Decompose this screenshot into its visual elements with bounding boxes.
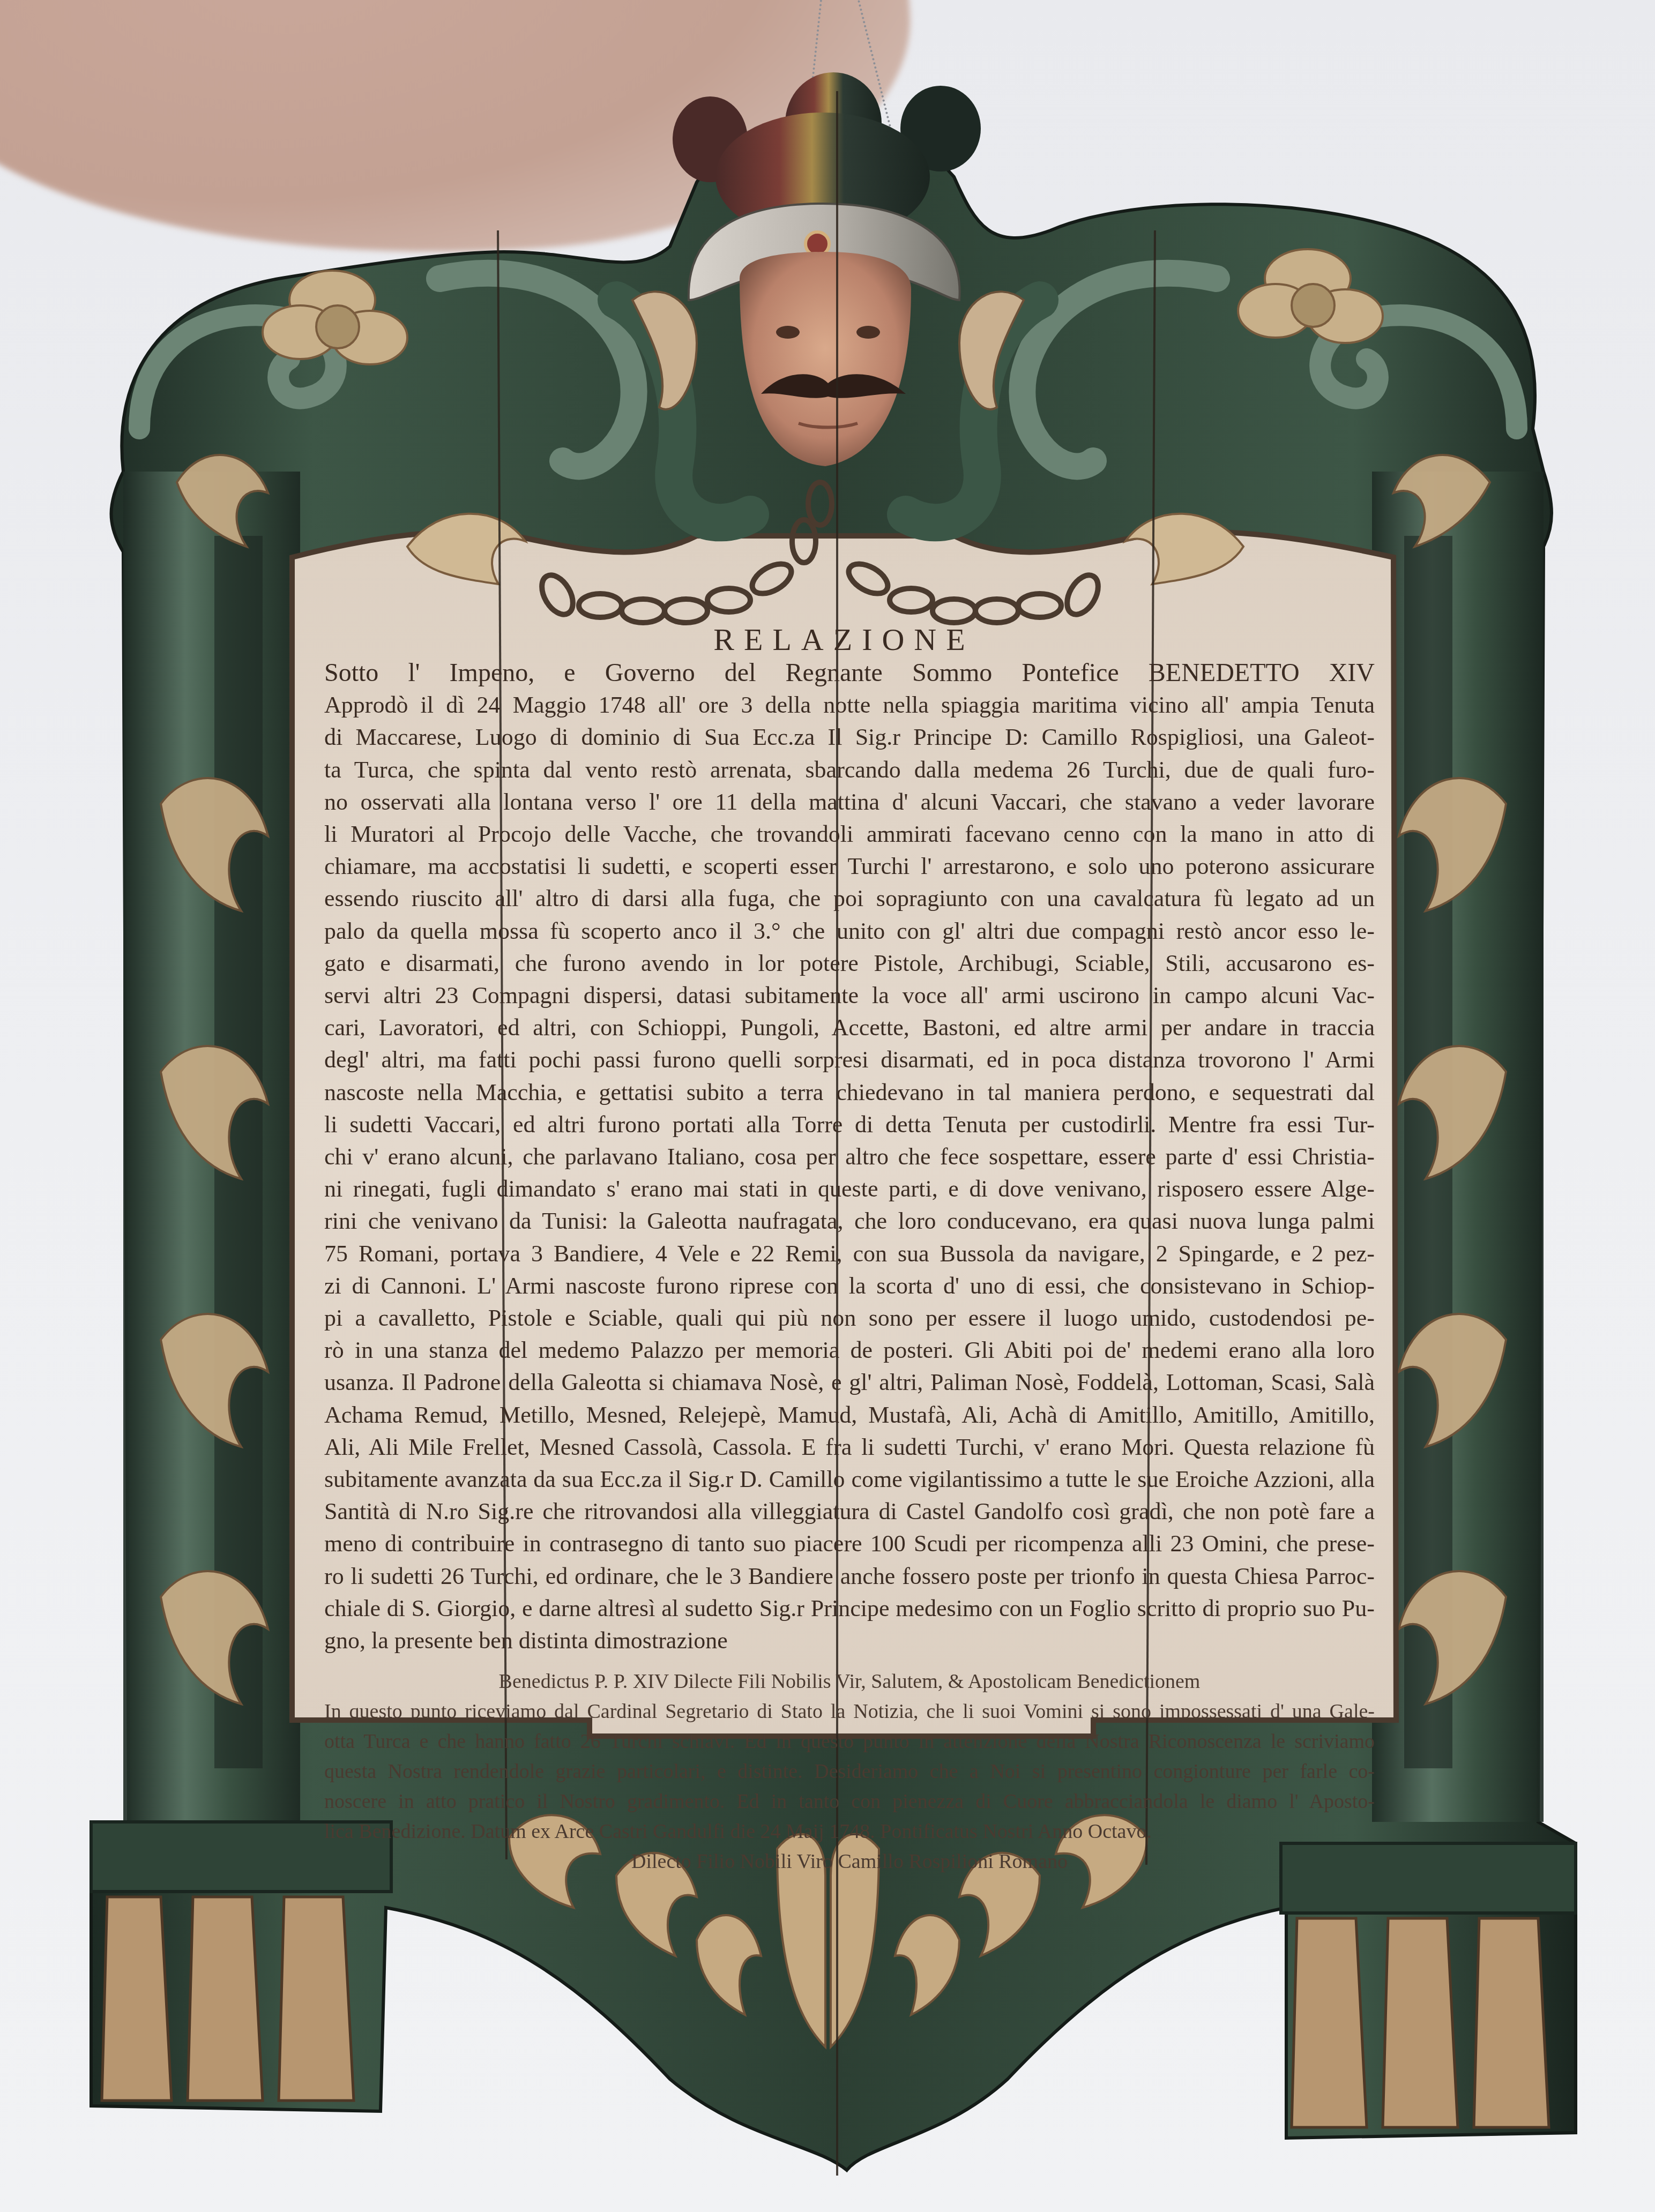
painted-wooden-plaque: RELAZIONE Sotto l' Impeno, e Governo del… bbox=[0, 0, 1655, 2212]
inscription-line: zi di Cannoni. L' Armi nascoste furono r… bbox=[324, 1270, 1375, 1302]
inscription-line: ni rinegati, fugli dimandato s' erano ma… bbox=[324, 1173, 1375, 1205]
inscription-line: palo da quella mossa fù scoperto anco il… bbox=[324, 915, 1375, 947]
inscription-line: cari, Lavoratori, ed altri, con Schioppi… bbox=[324, 1012, 1375, 1044]
inscription-line: rò in una stanza del medemo Palazzo per … bbox=[324, 1334, 1375, 1366]
inscription-line: gato e disarmati, che furono avendo in l… bbox=[324, 947, 1375, 980]
inscription-line: gno, la presente ben distinta dimostrazi… bbox=[324, 1625, 1375, 1657]
brief-line: questa Nostra rendendole grazie particol… bbox=[324, 1757, 1375, 1787]
brief-address: Dilecto Filio Nobili Viro Camillo Rospil… bbox=[324, 1847, 1375, 1877]
inscription-line: usanza. Il Padrone della Galeotta si chi… bbox=[324, 1366, 1375, 1399]
inscription-line: pi a cavalletto, Pistole e Sciable, qual… bbox=[324, 1302, 1375, 1334]
inscription-line: ta Turca, che spinta dal vento restò arr… bbox=[324, 754, 1375, 786]
brief-line: In questo punto riceviamo dal Cardinal S… bbox=[324, 1697, 1375, 1727]
inscription-line: chiamare, ma accostatisi li sudetti, e s… bbox=[324, 850, 1375, 883]
inscription-line: 75 Romani, portava 3 Bandiere, 4 Vele e … bbox=[324, 1238, 1375, 1270]
inscription-header-line: Sotto l' Impeno, e Governo del Regnante … bbox=[324, 657, 1375, 689]
brief-line: noscere in atto pratico il Nostro gradim… bbox=[324, 1787, 1375, 1817]
brief-heading: Benedictus P. P. XIV Dilecte Fili Nobili… bbox=[324, 1667, 1375, 1697]
brief-line: lica Benedizione. Datum ex Arce Castri G… bbox=[324, 1817, 1375, 1847]
inscription-line: degl' altri, ma fatti pochi passi furono… bbox=[324, 1044, 1375, 1076]
brief-line: otta Turca e che hanno fatto 26 Turchi s… bbox=[324, 1727, 1375, 1757]
inscription-line: di Maccarese, Luogo di dominio di Sua Ec… bbox=[324, 721, 1375, 753]
inscription-line: no osservati alla lontana verso l' ore 1… bbox=[324, 786, 1375, 818]
inscription-line: Achama Remud, Metillo, Mesned, Relejepè,… bbox=[324, 1399, 1375, 1431]
inscription-line: nascoste nella Macchia, e gettatisi subi… bbox=[324, 1077, 1375, 1109]
inscription-line: subitamente avanzata da sua Ecc.za il Si… bbox=[324, 1463, 1375, 1496]
inscription-line: chiale di S. Giorgio, e darne altresì al… bbox=[324, 1593, 1375, 1625]
inscription-line: meno di contribuire in contrasegno di ta… bbox=[324, 1528, 1375, 1560]
inscription-tablet: RELAZIONE Sotto l' Impeno, e Governo del… bbox=[292, 606, 1396, 1693]
inscription-line: Ali, Ali Mile Frellet, Mesned Cassolà, C… bbox=[324, 1431, 1375, 1463]
inscription-line: Approdò il dì 24 Maggio 1748 all' ore 3 … bbox=[324, 689, 1375, 721]
inscription-body: Sotto l' Impeno, e Governo del Regnante … bbox=[324, 657, 1375, 1877]
inscription-line: rini che venivano da Tunisi: la Galeotta… bbox=[324, 1205, 1375, 1237]
inscription-line: li sudetti Vaccari, ed altri furono port… bbox=[324, 1109, 1375, 1141]
inscription-line: servi altri 23 Compagni dispersi, datasi… bbox=[324, 980, 1375, 1012]
inscription-line: li Muratori al Procojo delle Vacche, che… bbox=[324, 818, 1375, 850]
inscription-line: ro li sudetti 26 Turchi, ed ordinare, ch… bbox=[324, 1560, 1375, 1593]
inscription-line: Santità di N.ro Sig.re che ritrovandosi … bbox=[324, 1496, 1375, 1528]
inscription-title: RELAZIONE bbox=[292, 622, 1396, 657]
inscription-line: chi v' erano alcuni, che parlavano Itali… bbox=[324, 1141, 1375, 1173]
papal-brief: Benedictus P. P. XIV Dilecte Fili Nobili… bbox=[324, 1667, 1375, 1877]
inscription-line: essendo riuscito all' altro di darsi all… bbox=[324, 883, 1375, 915]
